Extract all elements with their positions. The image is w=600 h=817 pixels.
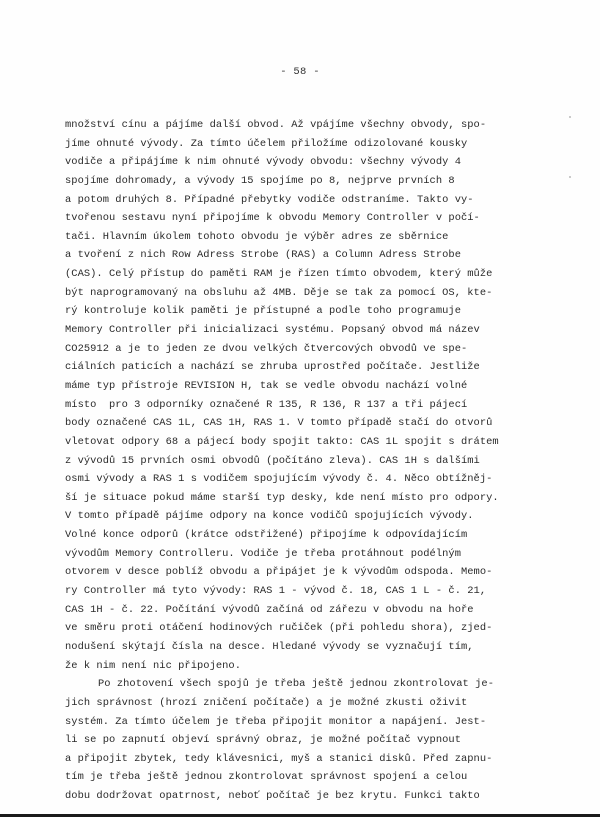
text-line: CAS 1H - č. 22. Počítání vývodů začíná o… (65, 601, 495, 620)
text-line: systém. Za tímto účelem je třeba připoji… (65, 713, 495, 732)
text-line: CO25912 a je to jeden ze dvou velkých čt… (65, 340, 495, 359)
text-line: vletovat odpory 68 a pájecí body spojit … (65, 433, 495, 452)
text-line: osmi vývody a RAS 1 s vodičem spojujícím… (65, 470, 495, 489)
text-line: Po zhotovení všech spojů je třeba ještě … (65, 675, 495, 694)
text-line: Memory Controller při inicializaci systé… (65, 321, 495, 340)
text-line: ší je situace pokud máme starší typ desk… (65, 489, 495, 508)
text-line: ciálních paticích a nachází se zhruba up… (65, 358, 495, 377)
text-line: (CAS). Celý přístup do paměti RAM je říz… (65, 265, 495, 284)
text-line: Volné konce odporů (krátce odstřižené) p… (65, 526, 495, 545)
text-line: body označené CAS 1L, CAS 1H, RAS 1. V t… (65, 414, 495, 433)
text-line: dobu dodržovat opatrnost, neboť počítač … (65, 787, 495, 806)
text-line: rý kontroluje kolik paměti je přístupné … (65, 302, 495, 321)
text-line: být naprogramovaný na obsluhu až 4MB. Dě… (65, 284, 495, 303)
document-page: - 58 - množství cínu a pájíme další obvo… (0, 0, 600, 817)
text-line: li se po zapnutí objeví správný obraz, j… (65, 731, 495, 750)
scan-speck (569, 176, 571, 178)
text-line: nodušení skýtají čísla na desce. Hledané… (65, 638, 495, 657)
text-line: V tomto případě pájíme odpory na konce v… (65, 507, 495, 526)
text-line: že k nim není nic připojeno. (65, 657, 495, 676)
text-line: ry Controller má tyto vývody: RAS 1 - vý… (65, 582, 495, 601)
body-text: množství cínu a pájíme další obvod. Až v… (65, 116, 495, 806)
text-line: místo pro 3 odporníky označené R 135, R … (65, 396, 495, 415)
text-line: ve směru proti otáčení hodinových ručiče… (65, 619, 495, 638)
text-line: z vývodů 15 prvních osmi obvodů (počítán… (65, 452, 495, 471)
text-line: tím je třeba ještě jednou zkontrolovat s… (65, 768, 495, 787)
page-number: - 58 - (0, 66, 600, 78)
text-line: tvořenou sestavu nyní připojíme k obvodu… (65, 209, 495, 228)
text-line: a potom druhých 8. Případné přebytky vod… (65, 191, 495, 210)
text-line: a připojit zbytek, tedy klávesnici, myš … (65, 750, 495, 769)
text-line: a tvoření z nich Row Adress Strobe (RAS)… (65, 246, 495, 265)
text-line: jíme ohnuté vývody. Za tímto účelem přil… (65, 135, 495, 154)
text-line: jich správnost (hrozí zničení počítače) … (65, 694, 495, 713)
scan-speck (569, 116, 571, 118)
text-line: množství cínu a pájíme další obvod. Až v… (65, 116, 495, 135)
text-line: tači. Hlavním úkolem tohoto obvodu je vý… (65, 228, 495, 247)
text-line: vodiče a připájíme k nim ohnuté vývody o… (65, 153, 495, 172)
text-line: otvorem v desce poblíž obvodu a připájet… (65, 563, 495, 582)
text-line: spojíme dohromady, a vývody 15 spojíme p… (65, 172, 495, 191)
text-line: vývodům Memory Controlleru. Vodiče je tř… (65, 545, 495, 564)
text-line: máme typ přístroje REVISION H, tak se ve… (65, 377, 495, 396)
